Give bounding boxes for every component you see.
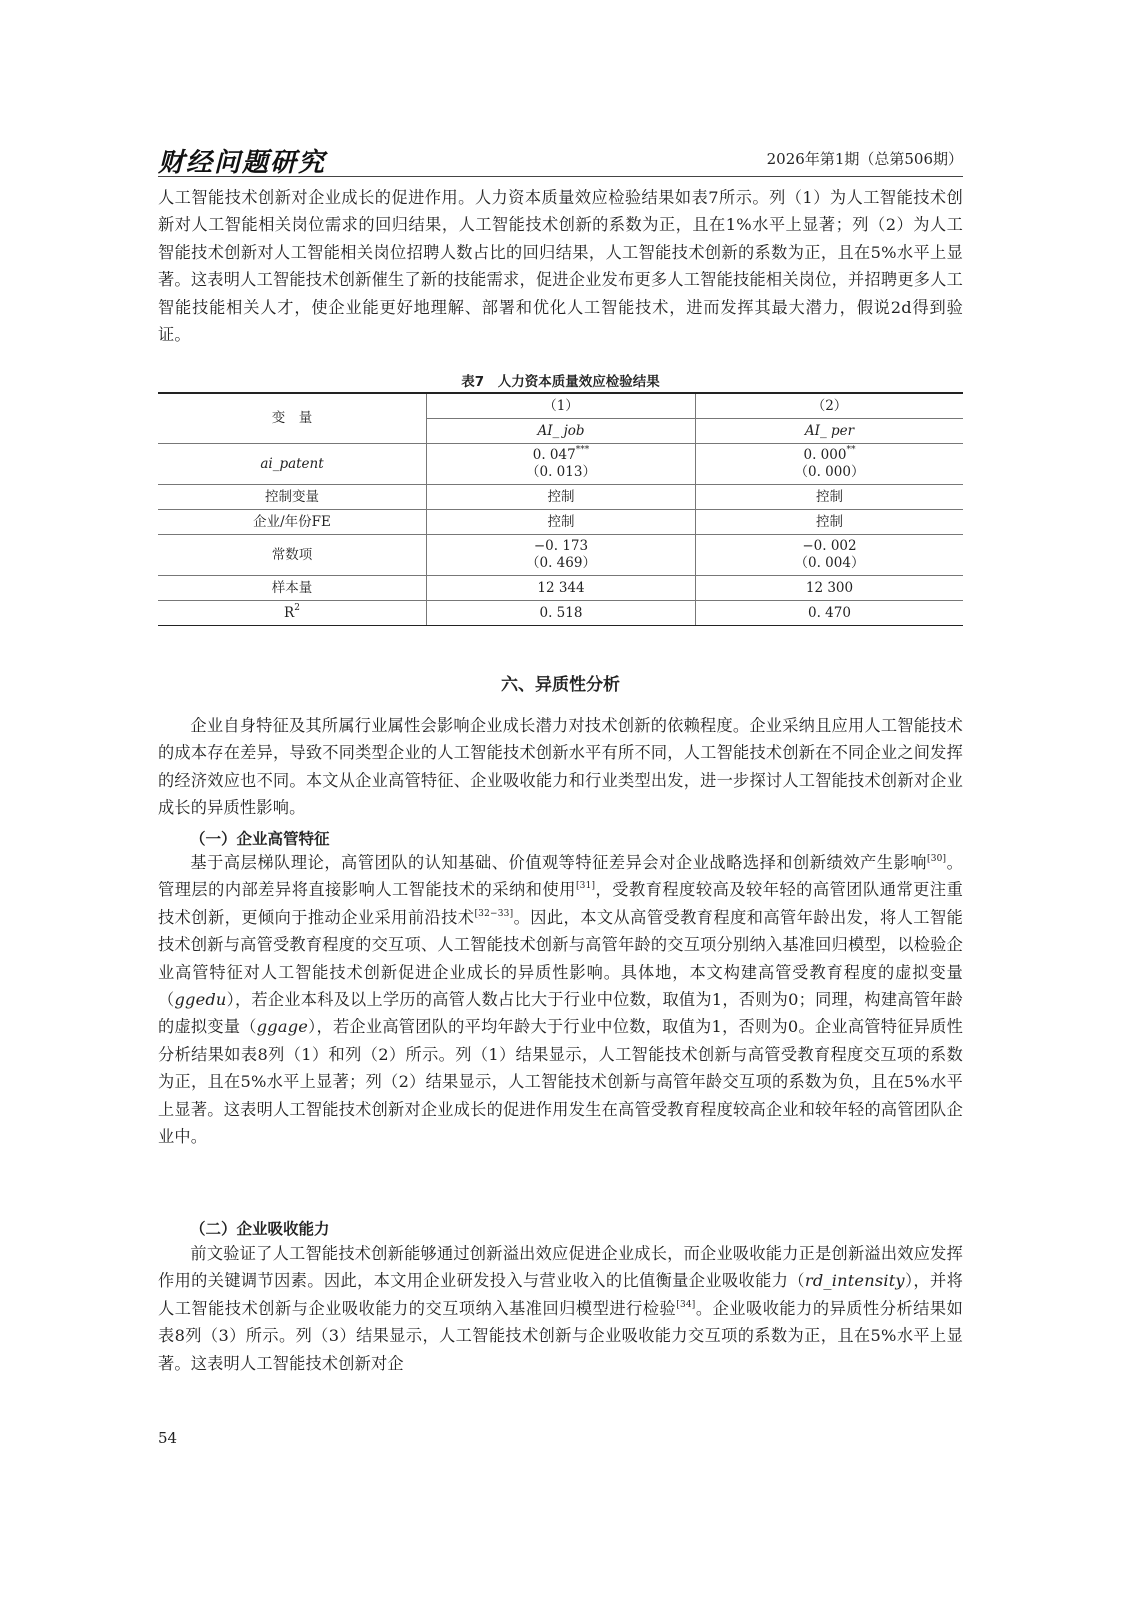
table-row: R2 0. 518 0. 470 (158, 601, 963, 626)
std-error: （0. 004） (795, 555, 865, 571)
cell: 0. 518 (427, 601, 696, 626)
row-label: 常数项 (158, 535, 427, 576)
subsection-paragraph: 前文验证了人工智能技术创新能够通过创新溢出效应促进企业成长，而企业吸收能力正是创… (158, 1240, 963, 1377)
coef: 0. 047 (533, 447, 576, 463)
variable-name: rd_intensity (805, 1271, 905, 1290)
cell: 12 300 (696, 576, 964, 601)
cell: 控制 (427, 485, 696, 510)
col-number-2: （2） (696, 393, 964, 419)
std-error: （0. 000） (795, 464, 865, 480)
citation: [30] (927, 854, 946, 864)
journal-logo: 财经问题研究 (158, 142, 326, 179)
sig-stars: ** (846, 445, 855, 455)
variable-name: ggage (257, 1017, 308, 1036)
table-row: 控制变量 控制 控制 (158, 485, 963, 510)
std-error: （0. 013） (526, 464, 596, 480)
row-label: 样本量 (158, 576, 427, 601)
row-label: ai_patent (158, 444, 427, 485)
citation: [31] (576, 881, 595, 891)
std-error: （0. 469） (526, 555, 596, 571)
sig-stars: *** (576, 445, 590, 455)
subsection-title: （一）企业高管特征 (190, 827, 330, 849)
variable-header: 变 量 (158, 393, 427, 444)
row-label: R (284, 605, 294, 621)
citation: [34] (676, 1300, 695, 1310)
table-row: 样本量 12 344 12 300 (158, 576, 963, 601)
cell: 控制 (696, 510, 964, 535)
results-table: 变 量 （1） （2） AI_ job AI_ per ai_patent 0.… (158, 392, 963, 626)
coef: −0. 173 (534, 538, 588, 554)
coef: −0. 002 (802, 538, 856, 554)
row-label: 企业/年份FE (158, 510, 427, 535)
page-number: 54 (158, 1429, 177, 1447)
cell: 控制 (427, 510, 696, 535)
running-header: 财经问题研究 2026年第1期（总第506期） (158, 140, 963, 177)
variable-name: ggedu (174, 990, 226, 1009)
intro-paragraph: 人工智能技术创新对企业成长的促进作用。人力资本质量效应检验结果如表7所示。列（1… (158, 184, 963, 348)
table-caption: 表7 人力资本质量效应检验结果 (158, 370, 963, 390)
table-row: ai_patent 0. 047*** （0. 013） 0. 000** （0… (158, 444, 963, 485)
issue-info: 2026年第1期（总第506期） (767, 148, 963, 169)
row-label: 控制变量 (158, 485, 427, 510)
table-row: 企业/年份FE 控制 控制 (158, 510, 963, 535)
col-var-2: AI_ per (696, 419, 964, 444)
table-row: 常数项 −0. 173 （0. 469） −0. 002 （0. 004） (158, 535, 963, 576)
section-intro: 企业自身特征及其所属行业属性会影响企业成长潜力对技术创新的依赖程度。企业采纳且应… (158, 712, 963, 822)
cell: 12 344 (427, 576, 696, 601)
citation: [32−33] (474, 909, 513, 919)
cell: 0. 470 (696, 601, 964, 626)
subsection-paragraph: 基于高层梯队理论，高管团队的认知基础、价值观等特征差异会对企业战略选择和创新绩效… (158, 849, 963, 1150)
col-var-1: AI_ job (427, 419, 696, 444)
subsection-title: （二）企业吸收能力 (190, 1217, 330, 1239)
superscript: 2 (294, 603, 300, 613)
section-title: 六、异质性分析 (158, 670, 963, 695)
coef: 0. 000 (804, 447, 847, 463)
cell: 控制 (696, 485, 964, 510)
col-number-1: （1） (427, 393, 696, 419)
